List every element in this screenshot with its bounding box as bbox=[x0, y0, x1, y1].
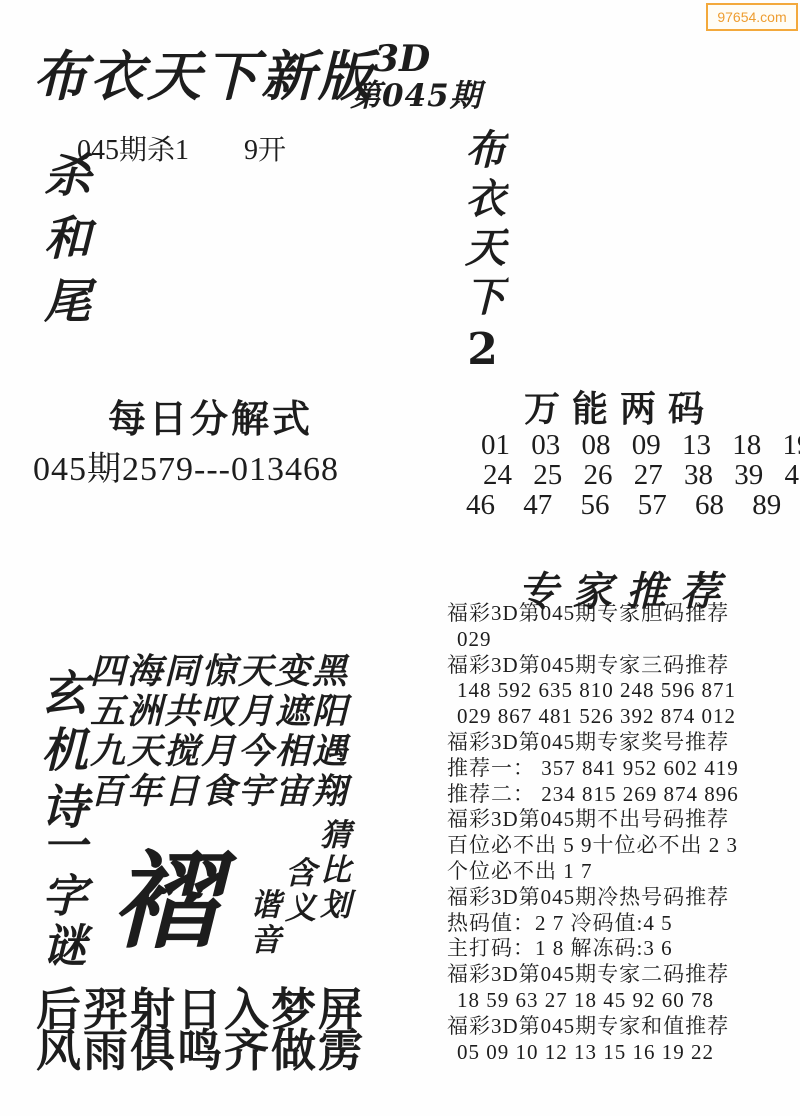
expert-line: 推荐二： 234 815 269 874 896 bbox=[447, 782, 799, 808]
buyi-banner-label: 布衣天下 bbox=[458, 128, 506, 324]
expert-line: 05 09 10 12 13 15 16 19 22 bbox=[447, 1040, 799, 1066]
expert-line: 029 bbox=[447, 627, 799, 653]
page-issue-label: 第045期 bbox=[350, 70, 482, 115]
expert-line: 推荐一： 357 841 952 602 419 bbox=[447, 756, 799, 782]
expert-line: 福彩3D第045期专家奖号推荐 bbox=[447, 730, 799, 756]
universal-codes-row-2: 24 25 26 27 38 39 45? bbox=[483, 459, 800, 492]
kill-sum-tail-banner: 杀和尾 bbox=[30, 150, 97, 339]
expert-line: 148 592 635 810 248 596 871 bbox=[447, 678, 799, 704]
kill-info-line: 045期杀19开 bbox=[77, 128, 286, 168]
daily-formula-title: 每日分解式 bbox=[108, 388, 313, 443]
expert-line: 主打码：1 8 解冻码:3 6 bbox=[447, 936, 799, 962]
bottom-poem-line: 风雨俱鸣齐做雳 bbox=[36, 1031, 365, 1072]
bottom-poem-line: 后羿射日入梦屏 bbox=[36, 990, 365, 1031]
daily-formula-value: 045期2579---013468 bbox=[33, 441, 339, 490]
mystery-poem: 四海同惊天变黑 五洲共叹月遮阳 九天搅月今相遇 百年日食宇宙翔 bbox=[90, 652, 349, 812]
expert-line: 百位必不出 5 9十位必不出 2 3 bbox=[447, 833, 799, 859]
expert-line: 福彩3D第045期专家二码推荐 bbox=[447, 962, 799, 988]
universal-codes-row-3: 46 47 56 57 68 89 bbox=[466, 489, 781, 522]
mystery-poem-line: 四海同惊天变黑 bbox=[90, 652, 349, 692]
expert-line: 福彩3D第045期专家三码推荐 bbox=[447, 653, 799, 679]
one-char-riddle-label: 一字谜 bbox=[28, 822, 93, 972]
expert-recommend-block: 福彩3D第045期专家胆码推荐 029 福彩3D第045期专家三码推荐 148 … bbox=[447, 601, 799, 1065]
expert-line: 福彩3D第045期专家胆码推荐 bbox=[447, 601, 799, 627]
mystery-poem-line: 五洲共叹月遮阳 bbox=[90, 692, 349, 732]
expert-line: 福彩3D第045期不出号码推荐 bbox=[447, 807, 799, 833]
expert-line: 福彩3D第045期冷热号码推荐 bbox=[447, 885, 799, 911]
mystery-poem-line: 九天搅月今相遇 bbox=[90, 732, 349, 772]
expert-line: 热码值：2 7 冷码值:4 5 bbox=[447, 911, 799, 937]
expert-line: 福彩3D第045期专家和值推荐 bbox=[447, 1014, 799, 1040]
expert-line: 029 867 481 526 392 874 012 bbox=[447, 704, 799, 730]
riddle-hint-homophone: 谐音 bbox=[240, 888, 285, 958]
bottom-poem: 后羿射日入梦屏 风雨俱鸣齐做雳 bbox=[36, 990, 365, 1072]
mystery-poem-label: 玄机诗 bbox=[27, 668, 94, 839]
scanned-lottery-sheet: 97654.com 布衣天下新版 3D 第045期 045期杀19开 杀和尾 布… bbox=[0, 0, 800, 1116]
riddle-character: 褶 bbox=[112, 848, 218, 954]
page-title: 布衣天下新版 bbox=[33, 34, 375, 111]
expert-line: 个位必不出 1 7 bbox=[447, 859, 799, 885]
buyi-tianxia-banner: 布衣天下2 bbox=[453, 128, 512, 383]
mystery-poem-line: 百年日食宇宙翔 bbox=[90, 772, 349, 812]
buyi-banner-number: 2 bbox=[457, 324, 508, 383]
site-watermark-badge: 97654.com bbox=[706, 3, 798, 31]
open-number-text: 9开 bbox=[244, 135, 286, 166]
universal-codes-row-1: 01 03 08 09 13 18 19? bbox=[481, 429, 800, 462]
expert-line: 18 59 63 27 18 45 92 60 78 bbox=[447, 988, 799, 1014]
universal-codes-title: 万能两码 bbox=[524, 381, 716, 432]
